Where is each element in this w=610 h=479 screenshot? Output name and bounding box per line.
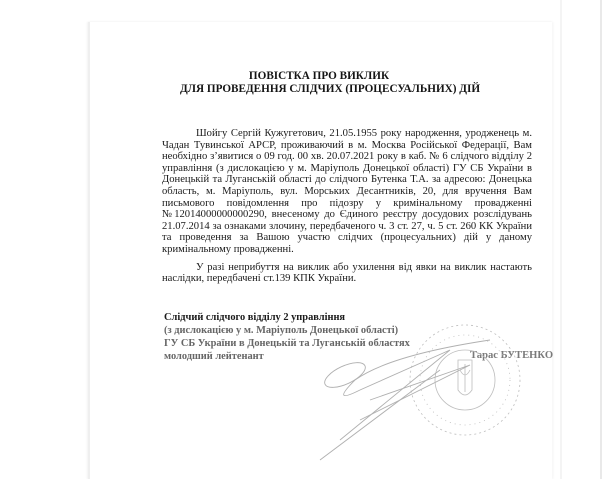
document-body: Шойгу Сергій Кужугетович, 21.05.1955 рок… [162, 128, 532, 285]
signature-block: Слідчий слідчого відділу 2 управління (з… [164, 311, 410, 363]
signatory-name: Тарас БУТЕНКО [470, 350, 553, 361]
page-edge [600, 0, 602, 479]
signature-location: (з дислокацією у м. Маріуполь Донецької … [164, 324, 410, 337]
title-line-1: ПОВІСТКА ПРО ВИКЛИК [249, 70, 389, 82]
signature-position: Слідчий слідчого відділу 2 управління [164, 311, 410, 324]
summons-paragraph: Шойгу Сергій Кужугетович, 21.05.1955 рок… [162, 128, 532, 256]
document-title: ПОВІСТКА ПРО ВИКЛИК ДЛЯ ПРОВЕДЕННЯ СЛІДЧ… [88, 70, 550, 96]
consequences-paragraph: У разі неприбуття на виклик або ухилення… [162, 262, 532, 285]
title-line-2: ДЛЯ ПРОВЕДЕННЯ СЛІДЧИХ (ПРОЦЕСУАЛЬНИХ) Д… [110, 83, 550, 96]
page-edge [560, 0, 562, 479]
signature-department: ГУ СБ України в Донецькій та Луганській … [164, 337, 410, 350]
signature-rank: молодший лейтенант [164, 350, 410, 363]
